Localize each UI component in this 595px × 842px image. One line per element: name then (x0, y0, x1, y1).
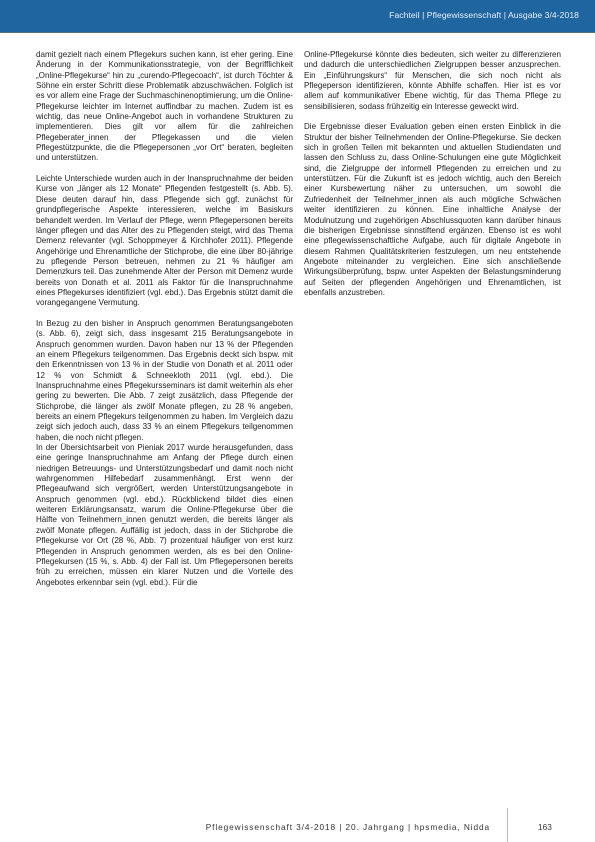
page-footer: Pflegewissenschaft 3/4-2018 | 20. Jahrga… (0, 808, 595, 842)
paragraph: Online-Pflegekurse könnte dies bedeuten,… (304, 50, 561, 112)
right-column: Online-Pflegekurse könnte dies bedeuten,… (304, 50, 561, 309)
paragraph: damit gezielt nach einem Pflegekurs such… (36, 50, 293, 164)
paragraph: Die Ergebnisse dieser Evaluation geben e… (304, 122, 561, 298)
page-number: 163 (538, 822, 552, 832)
paragraph: In der Übersichtsarbeit von Pieniak 2017… (36, 443, 293, 588)
left-column: damit gezielt nach einem Pflegekurs such… (36, 50, 293, 598)
footer-divider (507, 808, 508, 842)
footer-citation: Pflegewissenschaft 3/4-2018 | 20. Jahrga… (206, 822, 490, 832)
header-bar: Fachteil | Pflegewissenschaft | Ausgabe … (0, 0, 595, 33)
header-title: Fachteil | Pflegewissenschaft | Ausgabe … (389, 10, 579, 20)
paragraph: In Bezug zu den bisher in Anspruch genom… (36, 319, 293, 443)
paragraph: Leichte Unterschiede wurden auch in der … (36, 174, 293, 308)
